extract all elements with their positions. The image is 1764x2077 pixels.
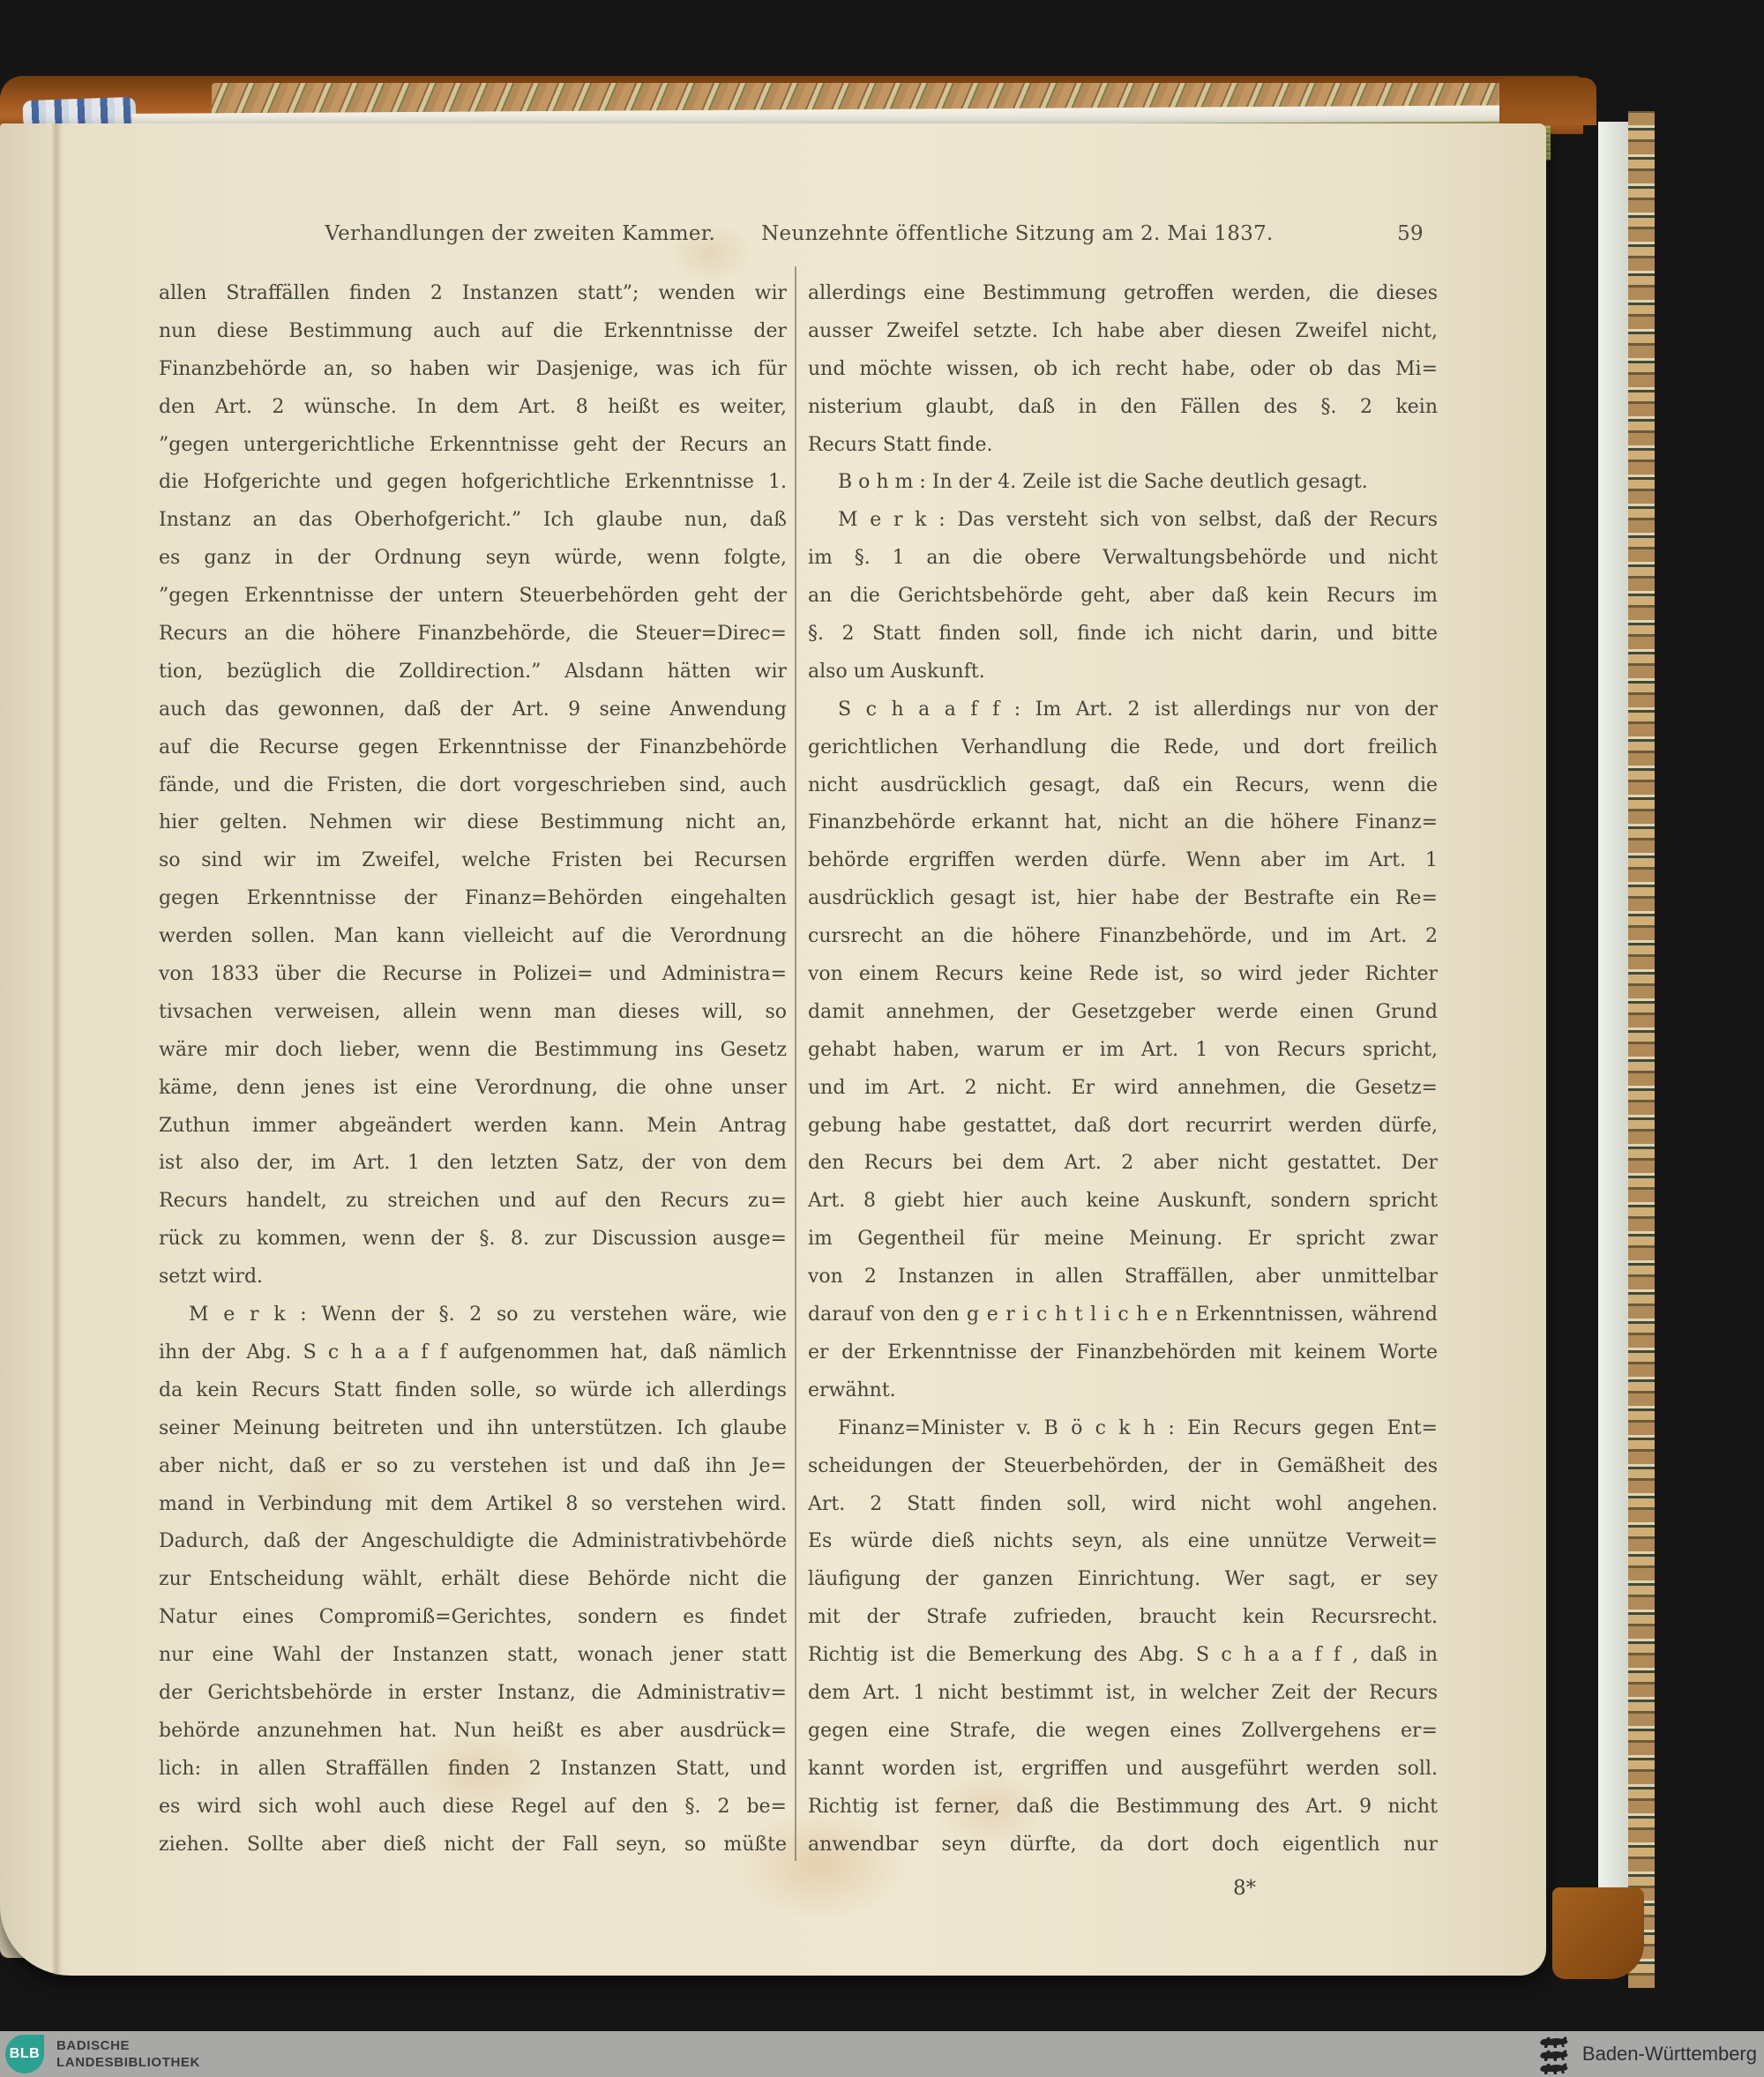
text-line: den Art. 2 wünsche. In dem Art. 8 heißt … [159,389,787,427]
text-line: tivsachen verweisen, allein wenn man die… [159,994,787,1032]
text-line: von 2 Instanzen in allen Straffällen, ab… [808,1259,1438,1296]
text-line: Art. 8 giebt hier auch keine Auskunft, s… [808,1183,1438,1221]
library-name: BADISCHE LANDESBIBLIOTHEK [56,2037,200,2071]
text-line: also um Auskunft. [808,654,1438,691]
text-line: §. 2 Statt finden soll, finde ich nicht … [808,616,1438,654]
text-line: Es würde dieß nichts seyn, als eine unnü… [808,1523,1438,1561]
text-line: Art. 2 Statt finden soll, wird nicht woh… [808,1486,1438,1524]
text-line: läufigung der ganzen Einrichtung. Wer sa… [808,1561,1438,1599]
text-line: so sind wir im Zweifel, welche Fristen b… [159,842,787,880]
text-line: Finanzbehörde erkannt hat, nicht an die … [808,804,1438,842]
viewer-footer-bar: BLB BADISCHE LANDESBIBLIOTHEK Baden-Würt… [0,2031,1764,2077]
text-line: und im Art. 2 nicht. Er wird annehmen, d… [808,1070,1438,1108]
text-line: Finanz=Minister v. B ö c k h : Ein Recur… [808,1410,1438,1448]
text-line: Dadurch, daß der Angeschuldigte die Admi… [159,1523,787,1561]
text-line: ausdrücklich gesagt ist, hier habe der B… [808,880,1438,918]
text-column-left: allen Straffällen finden 2 Instanzen sta… [159,275,787,1864]
text-line: ”gegen Erkenntnisse der untern Steuerbeh… [159,578,787,616]
library-name-line1: BADISCHE [56,2037,200,2054]
blb-logo: BLB [5,2035,44,2073]
text-line: M e r k : Wenn der §. 2 so zu verstehen … [159,1296,787,1334]
book-marbled-cover-right [1628,111,1655,1988]
text-line: erwähnt. [808,1372,1438,1410]
text-line: nisterium glaubt, daß in den Fällen des … [808,389,1438,427]
book-leather-corner-top-right [1499,78,1596,125]
text-line: den Recurs bei dem Art. 2 aber nicht ges… [808,1145,1438,1183]
library-name-line2: LANDESBIBLIOTHEK [56,2054,200,2071]
text-line: Richtig ist ferner, daß die Bestimmung d… [808,1789,1438,1827]
text-line: ”gegen untergerichtliche Erkenntnisse ge… [159,427,787,465]
text-line: auf die Recurse gegen Erkenntnisse der F… [159,729,787,767]
book-leather-corner-bottom-right [1552,1887,1644,1979]
text-line: mand in Verbindung mit dem Artikel 8 so … [159,1486,787,1524]
text-line: an die Gerichtsbehörde geht, aber daß ke… [808,578,1438,616]
text-line: ist also der, im Art. 1 den letzten Satz… [159,1145,787,1183]
text-line: ihn der Abg. S c h a a f f aufgenommen h… [159,1334,787,1372]
text-line: lich: in allen Straffällen finden 2 Inst… [159,1751,787,1789]
column-divider-rule [795,266,796,1861]
page-fold-line [51,123,64,1976]
baden-wuerttemberg-lions-icon [1536,2034,1572,2074]
text-line: dem Art. 1 nicht bestimmt ist, in welche… [808,1675,1438,1713]
text-line: M e r k : Das versteht sich von selbst, … [808,502,1438,540]
text-line: gerichtlichen Verhandlung die Rede, und … [808,729,1438,767]
text-line: gegen Erkenntnisse der Finanz=Behörden e… [159,880,787,918]
text-line: nur eine Wahl der Instanzen statt, wonac… [159,1637,787,1675]
blb-logo-text: BLB [10,2046,40,2062]
text-line: im §. 1 an die obere Verwaltungsbehörde … [808,540,1438,578]
running-header: Verhandlungen der zweiten Kammer. Neunze… [159,222,1439,245]
text-line: Zuthun immer abgeändert werden kann. Mei… [159,1108,787,1146]
state-name-label: Baden-Württemberg [1582,2043,1757,2066]
text-line: von 1833 über die Recurse in Polizei= un… [159,956,787,994]
text-line: damit annehmen, der Gesetzgeber werde ei… [808,994,1438,1032]
text-line: gebung habe gestattet, daß dort recurrir… [808,1108,1438,1146]
text-line: behörde anzunehmen hat. Nun heißt es abe… [159,1713,787,1751]
text-line: werden sollen. Man kann vielleicht auf d… [159,918,787,956]
text-line: nicht ausdrücklich gesagt, daß ein Recur… [808,767,1438,805]
text-line: hier gelten. Nehmen wir diese Bestimmung… [159,804,787,842]
text-line: allerdings eine Bestimmung getroffen wer… [808,275,1438,313]
text-line: und möchte wissen, ob ich recht habe, od… [808,351,1438,389]
text-line: aber nicht, daß er so zu verstehen ist u… [159,1448,787,1486]
text-line: S c h a a f f : Im Art. 2 ist allerdings… [808,691,1438,729]
state-branding: Baden-Württemberg [1536,2031,1757,2077]
book-page-scan: Verhandlungen der zweiten Kammer. Neunze… [0,123,1546,1976]
header-chamber-title: Verhandlungen der zweiten Kammer. [325,222,715,245]
text-line: anwendbar seyn dürfte, da dort doch eige… [808,1827,1438,1864]
text-line: er der Erkenntnisse der Finanzbehörden m… [808,1334,1438,1372]
text-line: Recurs handelt, zu streichen und auf den… [159,1183,787,1221]
text-column-right: allerdings eine Bestimmung getroffen wer… [808,275,1438,1864]
text-line: nun diese Bestimmung auch auf die Erkenn… [159,313,787,351]
text-line: setzt wird. [159,1259,787,1296]
text-line: behörde ergriffen werden dürfe. Wenn abe… [808,842,1438,880]
text-line: mit der Strafe zufrieden, braucht kein R… [808,1599,1438,1637]
text-line: Richtig ist die Bemerkung des Abg. S c h… [808,1637,1438,1675]
text-line: Recurs Statt finde. [808,427,1438,465]
text-line: cursrecht an die höhere Finanzbehörde, u… [808,918,1438,956]
text-line: B o h m : In der 4. Zeile ist die Sache … [808,464,1438,502]
scan-viewer: Verhandlungen der zweiten Kammer. Neunze… [0,0,1764,2077]
page-block-edge [1598,122,1628,1912]
text-line: rück zu kommen, wenn der §. 8. zur Discu… [159,1221,787,1259]
header-session-title: Neunzehnte öffentliche Sitzung am 2. Mai… [761,222,1274,245]
text-line: gegen eine Strafe, die wegen eines Zollv… [808,1713,1438,1751]
text-line: von einem Recurs keine Rede ist, so wird… [808,956,1438,994]
text-line: Finanzbehörde an, so haben wir Dasjenige… [159,351,787,389]
text-line: kannt worden ist, ergriffen und ausgefüh… [808,1751,1438,1789]
text-line: käme, denn jenes ist eine Verordnung, di… [159,1070,787,1108]
signature-mark: 8* [1233,1877,1256,1900]
text-line: ausser Zweifel setzte. Ich habe aber die… [808,313,1438,351]
text-line: scheidungen der Steuerbehörden, der in G… [808,1448,1438,1486]
text-line: der Gerichtsbehörde in erster Instanz, d… [159,1675,787,1713]
text-line: darauf von den g e r i c h t l i c h e n… [808,1296,1438,1334]
text-line: Natur eines Compromiß=Gerichtes, sondern… [159,1599,787,1637]
text-line: wäre mir doch lieber, wenn die Bestimmun… [159,1032,787,1070]
text-line: die Hofgerichte und gegen hofgerichtlich… [159,464,787,502]
text-line: seiner Meinung beitreten und ihn unterst… [159,1410,787,1448]
text-line: ziehen. Sollte aber dieß nicht der Fall … [159,1827,787,1864]
text-line: es wird sich wohl auch diese Regel auf d… [159,1789,787,1827]
text-line: fände, und die Fristen, die dort vorgesc… [159,767,787,805]
text-line: tion, bezüglich die Zolldirection.” Alsd… [159,654,787,691]
text-line: Recurs an die höhere Finanzbehörde, die … [159,616,787,654]
page-number: 59 [1397,222,1424,245]
text-line: auch das gewonnen, daß der Art. 9 seine … [159,691,787,729]
text-line: da kein Recurs Statt finden solle, so wü… [159,1372,787,1410]
text-line: gehabt haben, warum er im Art. 1 von Rec… [808,1032,1438,1070]
text-line: Instanz an das Oberhofgericht.” Ich glau… [159,502,787,540]
text-line: allen Straffällen finden 2 Instanzen sta… [159,275,787,313]
book-fore-edge [1545,132,1598,1974]
text-line: es ganz in der Ordnung seyn würde, wenn … [159,540,787,578]
text-line: zur Entscheidung wählt, erhält diese Beh… [159,1561,787,1599]
text-line: im Gegentheil für meine Meinung. Er spri… [808,1221,1438,1259]
